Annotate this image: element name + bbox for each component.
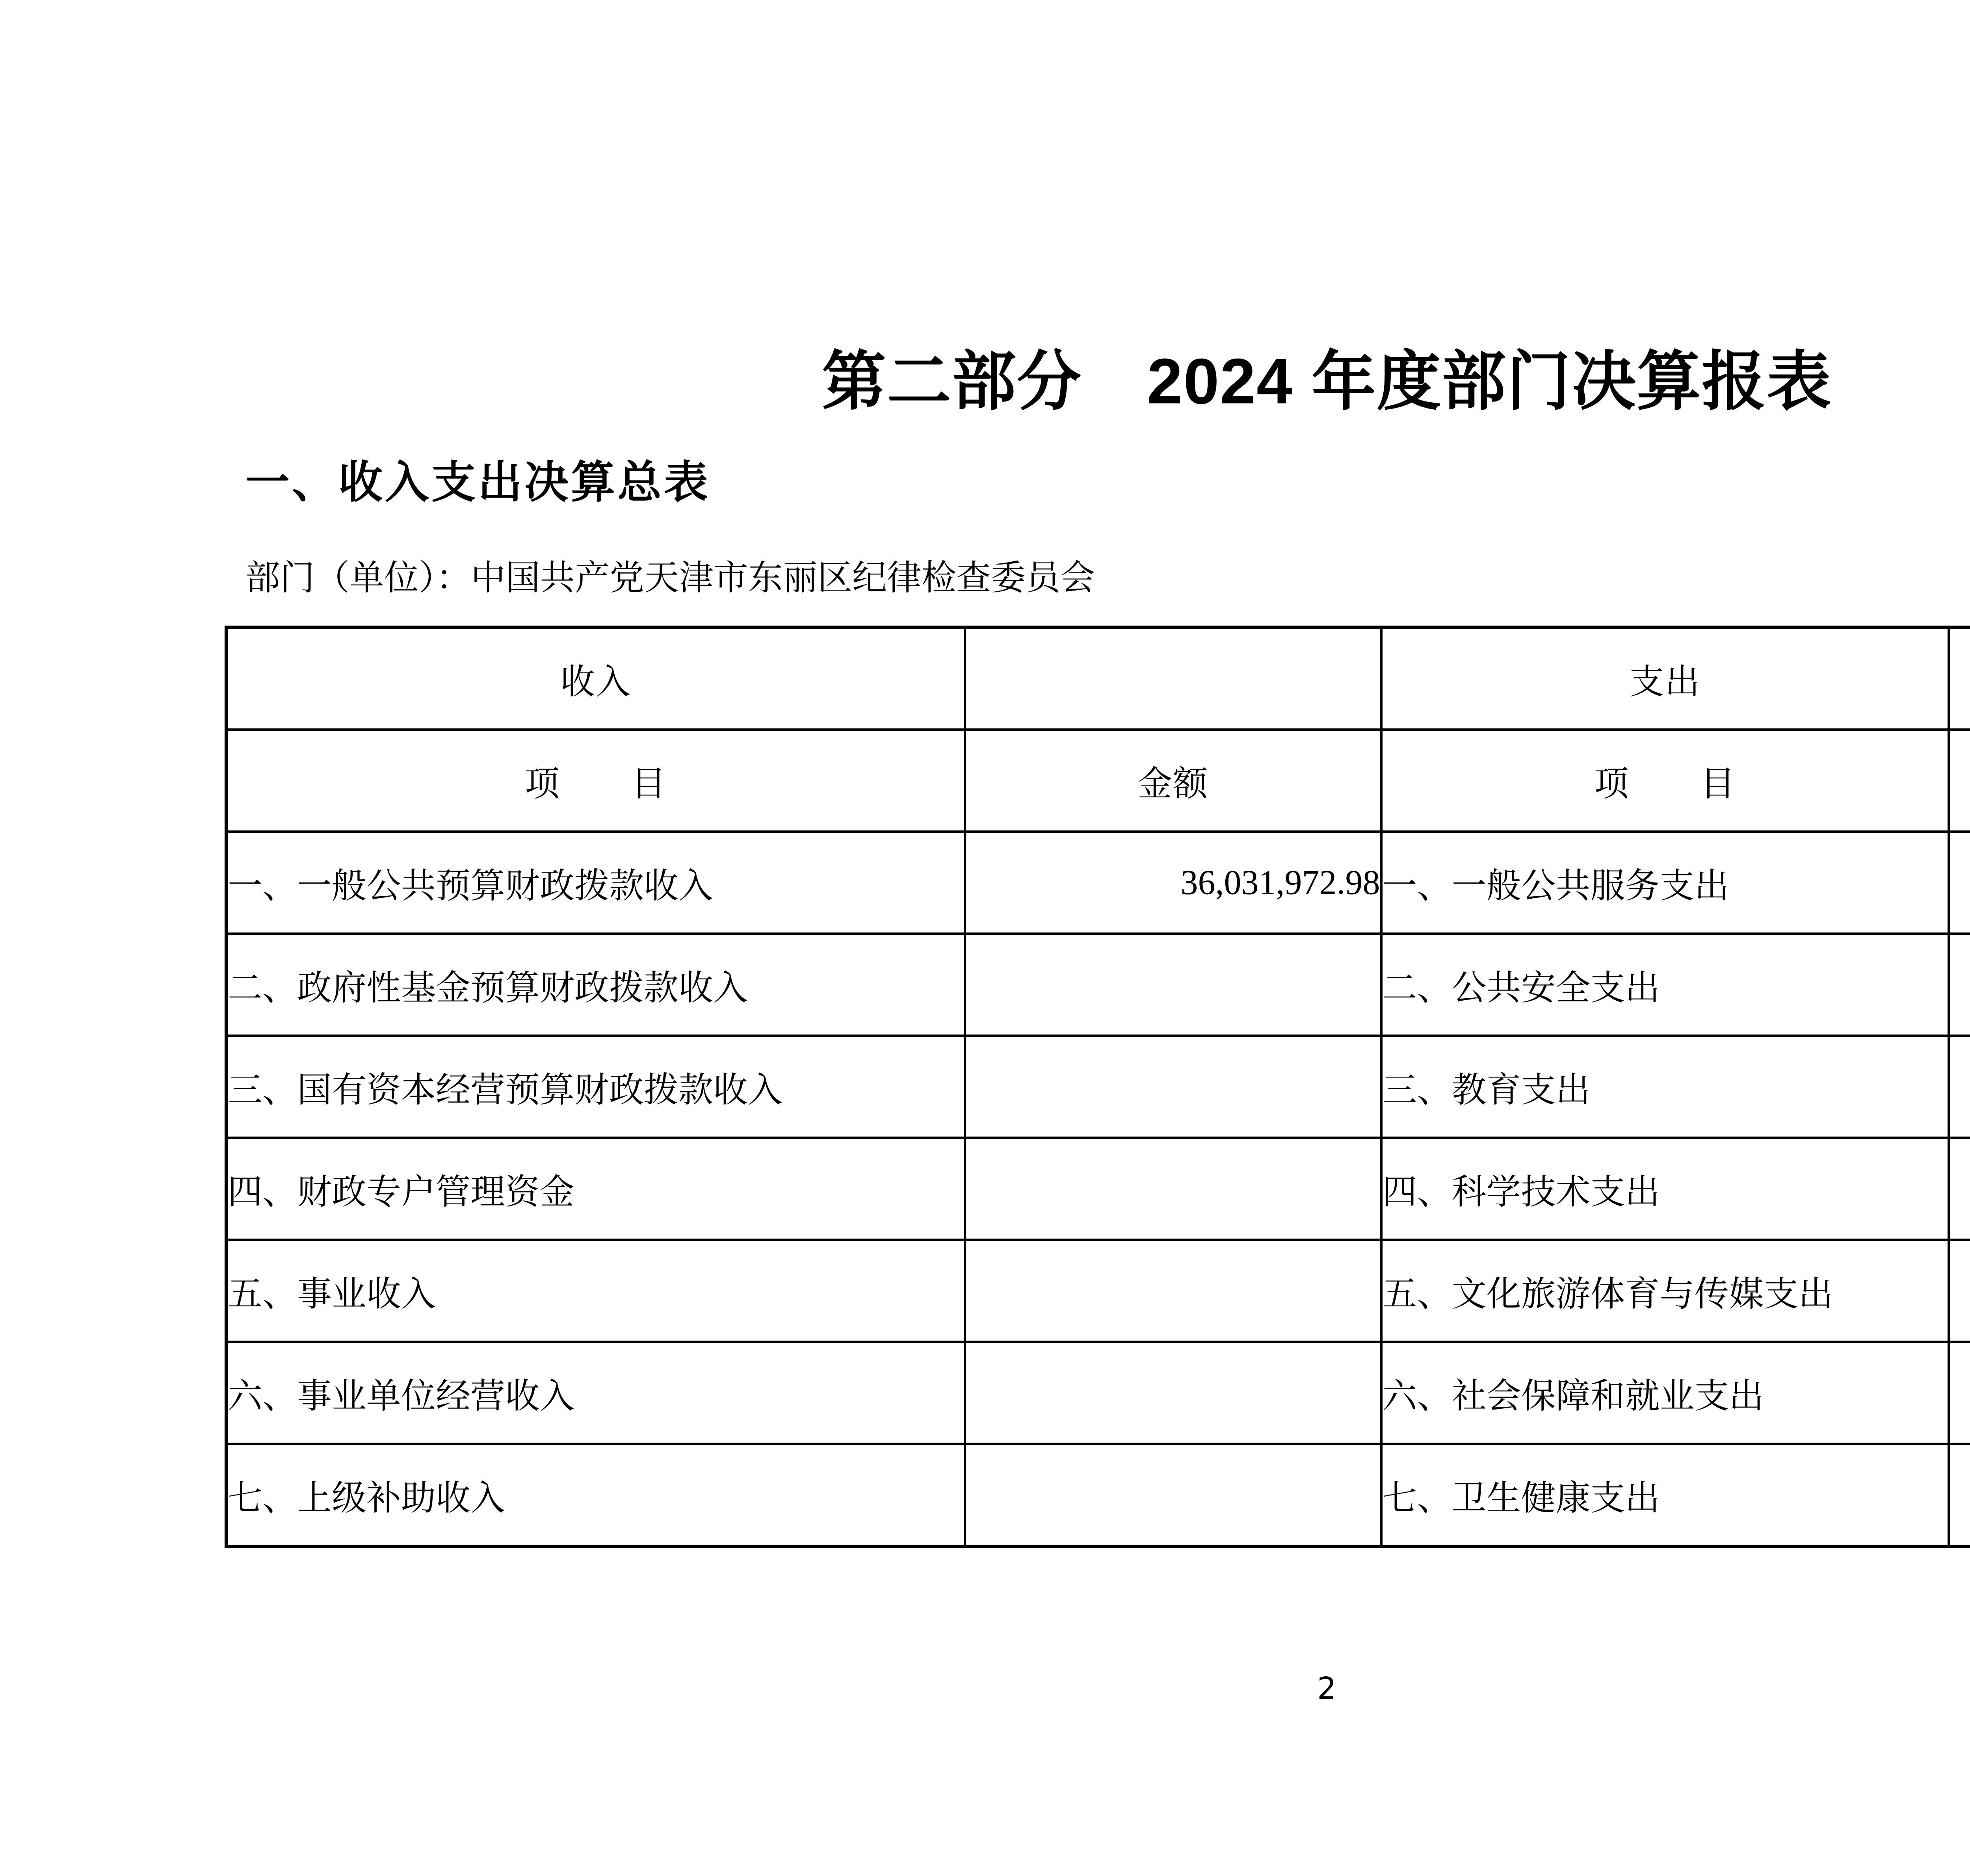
income-item-cell: 二、政府性基金预算财政拨款收入 xyxy=(226,934,965,1036)
income-amount-cell xyxy=(965,1444,1381,1546)
income-item-cell: 五、事业收入 xyxy=(226,1240,965,1342)
table-row: 二、政府性基金预算财政拨款收入 二、公共安全支出 xyxy=(226,934,1970,1036)
document-page: { "page": { "title": "第二部分 2024 年度部门决算报表… xyxy=(0,0,1970,1876)
table-meta-row: 部门（单位）：中国共产党天津市东丽区纪律检查委员会 单位：元 xyxy=(245,559,1970,598)
expense-item-column-header: 项 目 xyxy=(1381,730,1949,832)
empty-header-cell xyxy=(965,627,1381,730)
income-amount-cell xyxy=(965,1342,1381,1444)
income-amount-column-header: 金额 xyxy=(965,730,1381,832)
expense-item-cell: 五、文化旅游体育与传媒支出 xyxy=(1381,1240,1949,1342)
expense-amount-cell: 1,692,068.71 xyxy=(1949,1444,1970,1546)
expense-amount-cell xyxy=(1949,934,1970,1036)
section-heading: 一、收入支出决算总表 xyxy=(245,458,710,509)
empty-header-cell xyxy=(1949,627,1970,730)
expense-item-cell: 三、教育支出 xyxy=(1381,1036,1949,1138)
income-amount-cell xyxy=(965,934,1381,1036)
expense-item-cell: 六、社会保障和就业支出 xyxy=(1381,1342,1949,1444)
income-item-cell: 四、财政专户管理资金 xyxy=(226,1138,965,1240)
expense-item-cell: 二、公共安全支出 xyxy=(1381,934,1949,1036)
table-header-row-1: 收入 支出 xyxy=(226,627,1970,730)
table-row: 三、国有资本经营预算财政拨款收入 三、教育支出 xyxy=(226,1036,1970,1138)
income-amount-cell xyxy=(965,1240,1381,1342)
expense-amount-cell xyxy=(1949,1138,1970,1240)
expense-item-cell: 四、科学技术支出 xyxy=(1381,1138,1949,1240)
expense-amount-column-header: 金额 xyxy=(1949,730,1970,832)
table-row: 六、事业单位经营收入 六、社会保障和就业支出 3,407,378.24 xyxy=(226,1342,1970,1444)
income-item-cell: 七、上级补助收入 xyxy=(226,1444,965,1546)
income-item-column-header: 项 目 xyxy=(226,730,965,832)
page-number: 2 xyxy=(0,1674,1970,1703)
table-row: 四、财政专户管理资金 四、科学技术支出 xyxy=(226,1138,1970,1240)
expense-amount-cell: 23,533,562.06 xyxy=(1949,832,1970,934)
income-amount-cell xyxy=(965,1036,1381,1138)
expenditure-section-header: 支出 xyxy=(1381,627,1949,730)
table-row: 一、一般公共预算财政拨款收入 36,031,972.98 一、一般公共服务支出 … xyxy=(226,832,1970,934)
table-row: 五、事业收入 五、文化旅游体育与传媒支出 xyxy=(226,1240,1970,1342)
income-expenditure-table: 收入 支出 项 目 金额 项 目 金额 一、一般公共预算财政拨款收入 36,03… xyxy=(225,626,1970,1548)
page-title: 第二部分 2024 年度部门决算报表 xyxy=(0,346,1970,416)
income-section-header: 收入 xyxy=(226,627,965,730)
expense-item-cell: 七、卫生健康支出 xyxy=(1381,1444,1949,1546)
expense-amount-cell xyxy=(1949,1036,1970,1138)
income-item-cell: 三、国有资本经营预算财政拨款收入 xyxy=(226,1036,965,1138)
expense-amount-cell: 3,407,378.24 xyxy=(1949,1342,1970,1444)
expense-item-cell: 一、一般公共服务支出 xyxy=(1381,832,1949,934)
income-item-cell: 一、一般公共预算财政拨款收入 xyxy=(226,832,965,934)
department-label: 部门（单位）：中国共产党天津市东丽区纪律检查委员会 xyxy=(245,559,1095,598)
expense-amount-cell xyxy=(1949,1240,1970,1342)
table-row: 七、上级补助收入 七、卫生健康支出 1,692,068.71 xyxy=(226,1444,1970,1546)
income-amount-cell: 36,031,972.98 xyxy=(965,832,1381,934)
income-item-cell: 六、事业单位经营收入 xyxy=(226,1342,965,1444)
table-header-row-2: 项 目 金额 项 目 金额 xyxy=(226,730,1970,832)
income-amount-cell xyxy=(965,1138,1381,1240)
